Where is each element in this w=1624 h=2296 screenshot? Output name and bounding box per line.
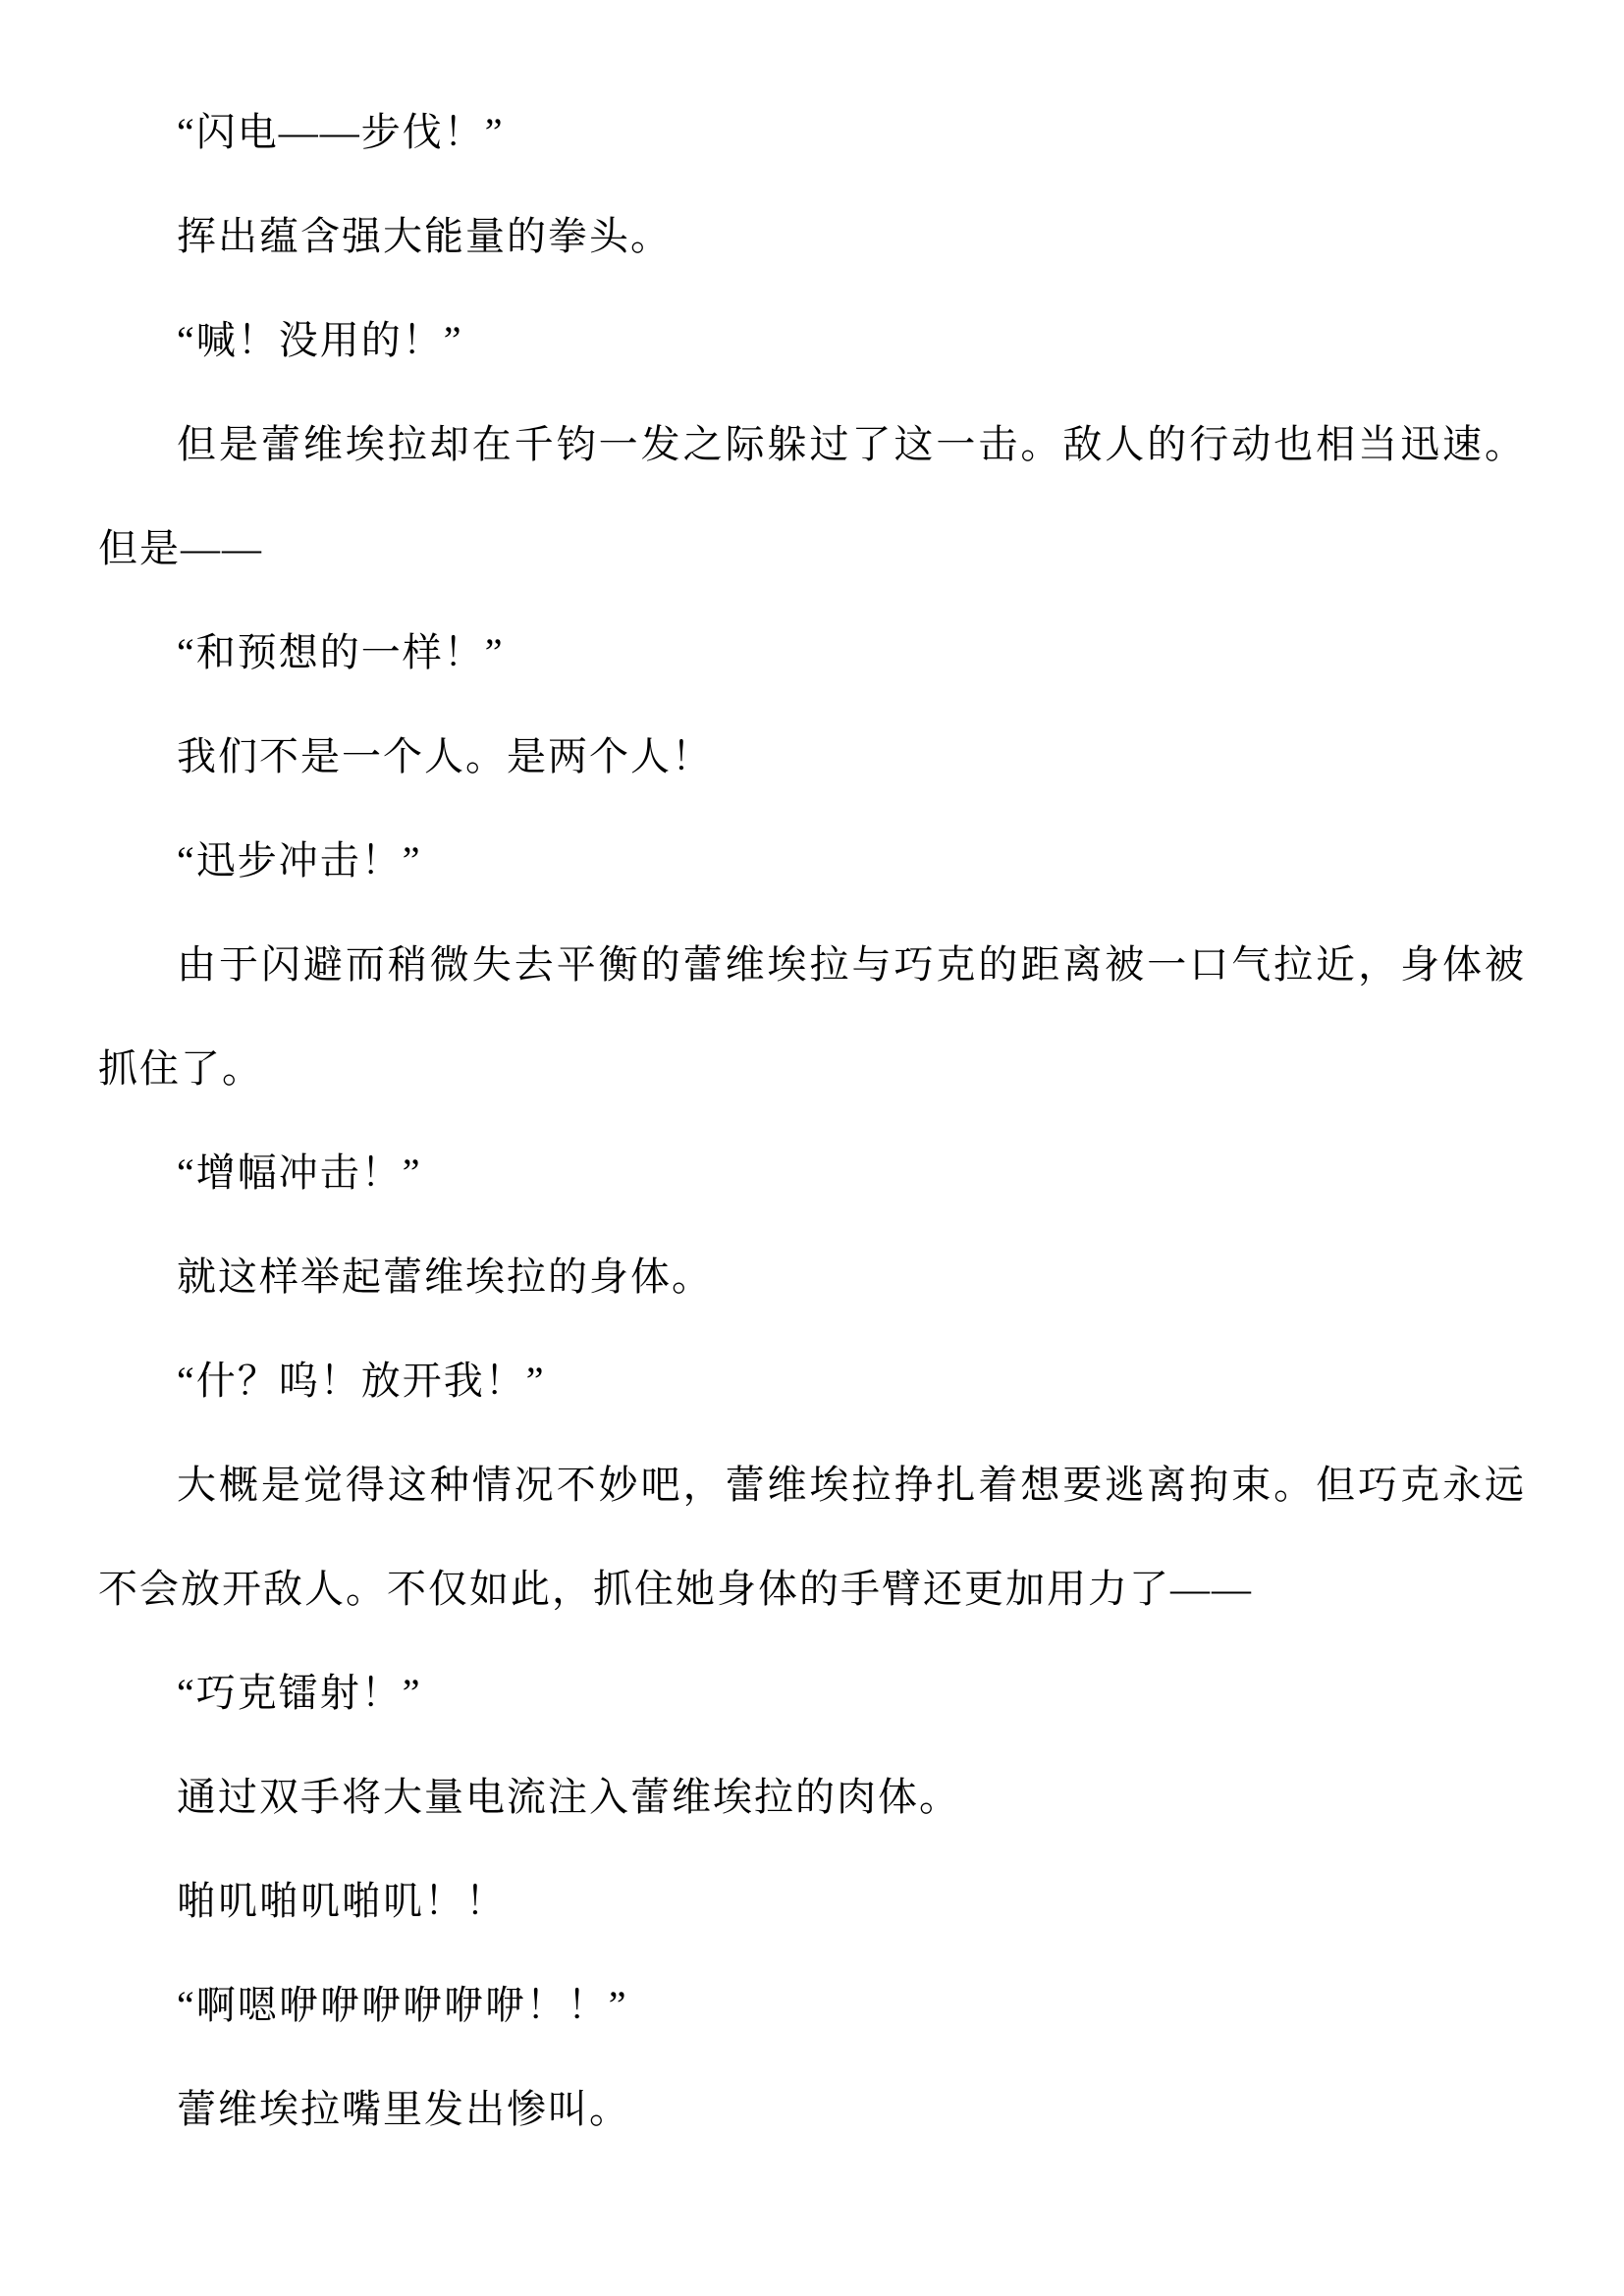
document-page: “闪电——步伐！” 挥出蕴含强大能量的拳头。 “喊！没用的！” 但是蕾维埃拉却在… — [0, 0, 1624, 2296]
paragraph-dialogue: “闪电——步伐！” — [98, 80, 1526, 185]
paragraph-dialogue: “和预想的一样！” — [98, 601, 1526, 705]
paragraph-narration: 由于闪避而稍微失去平衡的蕾维埃拉与巧克的距离被一口气拉近，身体被抓住了。 — [98, 913, 1526, 1121]
paragraph-narration: 挥出蕴含强大能量的拳头。 — [98, 185, 1526, 289]
paragraph-narration: 但是蕾维埃拉却在千钧一发之际躲过了这一击。敌人的行动也相当迅速。但是—— — [98, 393, 1526, 601]
paragraph-dialogue: “增幅冲击！” — [98, 1121, 1526, 1225]
paragraph-narration: 蕾维埃拉嘴里发出惨叫。 — [98, 2057, 1526, 2162]
paragraph-narration: 就这样举起蕾维埃拉的身体。 — [98, 1225, 1526, 1329]
paragraph-narration: 通过双手将大量电流注入蕾维埃拉的肉体。 — [98, 1745, 1526, 1849]
paragraph-dialogue: “什？呜！放开我！” — [98, 1329, 1526, 1433]
paragraph-narration: 我们不是一个人。是两个人！ — [98, 705, 1526, 809]
paragraph-dialogue: “喊！没用的！” — [98, 289, 1526, 393]
paragraph-dialogue: “巧克镭射！” — [98, 1641, 1526, 1745]
paragraph-narration: 大概是觉得这种情况不妙吧，蕾维埃拉挣扎着想要逃离拘束。但巧克永远不会放开敌人。不… — [98, 1433, 1526, 1641]
paragraph-narration: 啪叽啪叽啪叽！！ — [98, 1849, 1526, 1953]
paragraph-dialogue: “迅步冲击！” — [98, 809, 1526, 913]
paragraph-dialogue: “啊嗯咿咿咿咿咿咿！！” — [98, 1953, 1526, 2057]
